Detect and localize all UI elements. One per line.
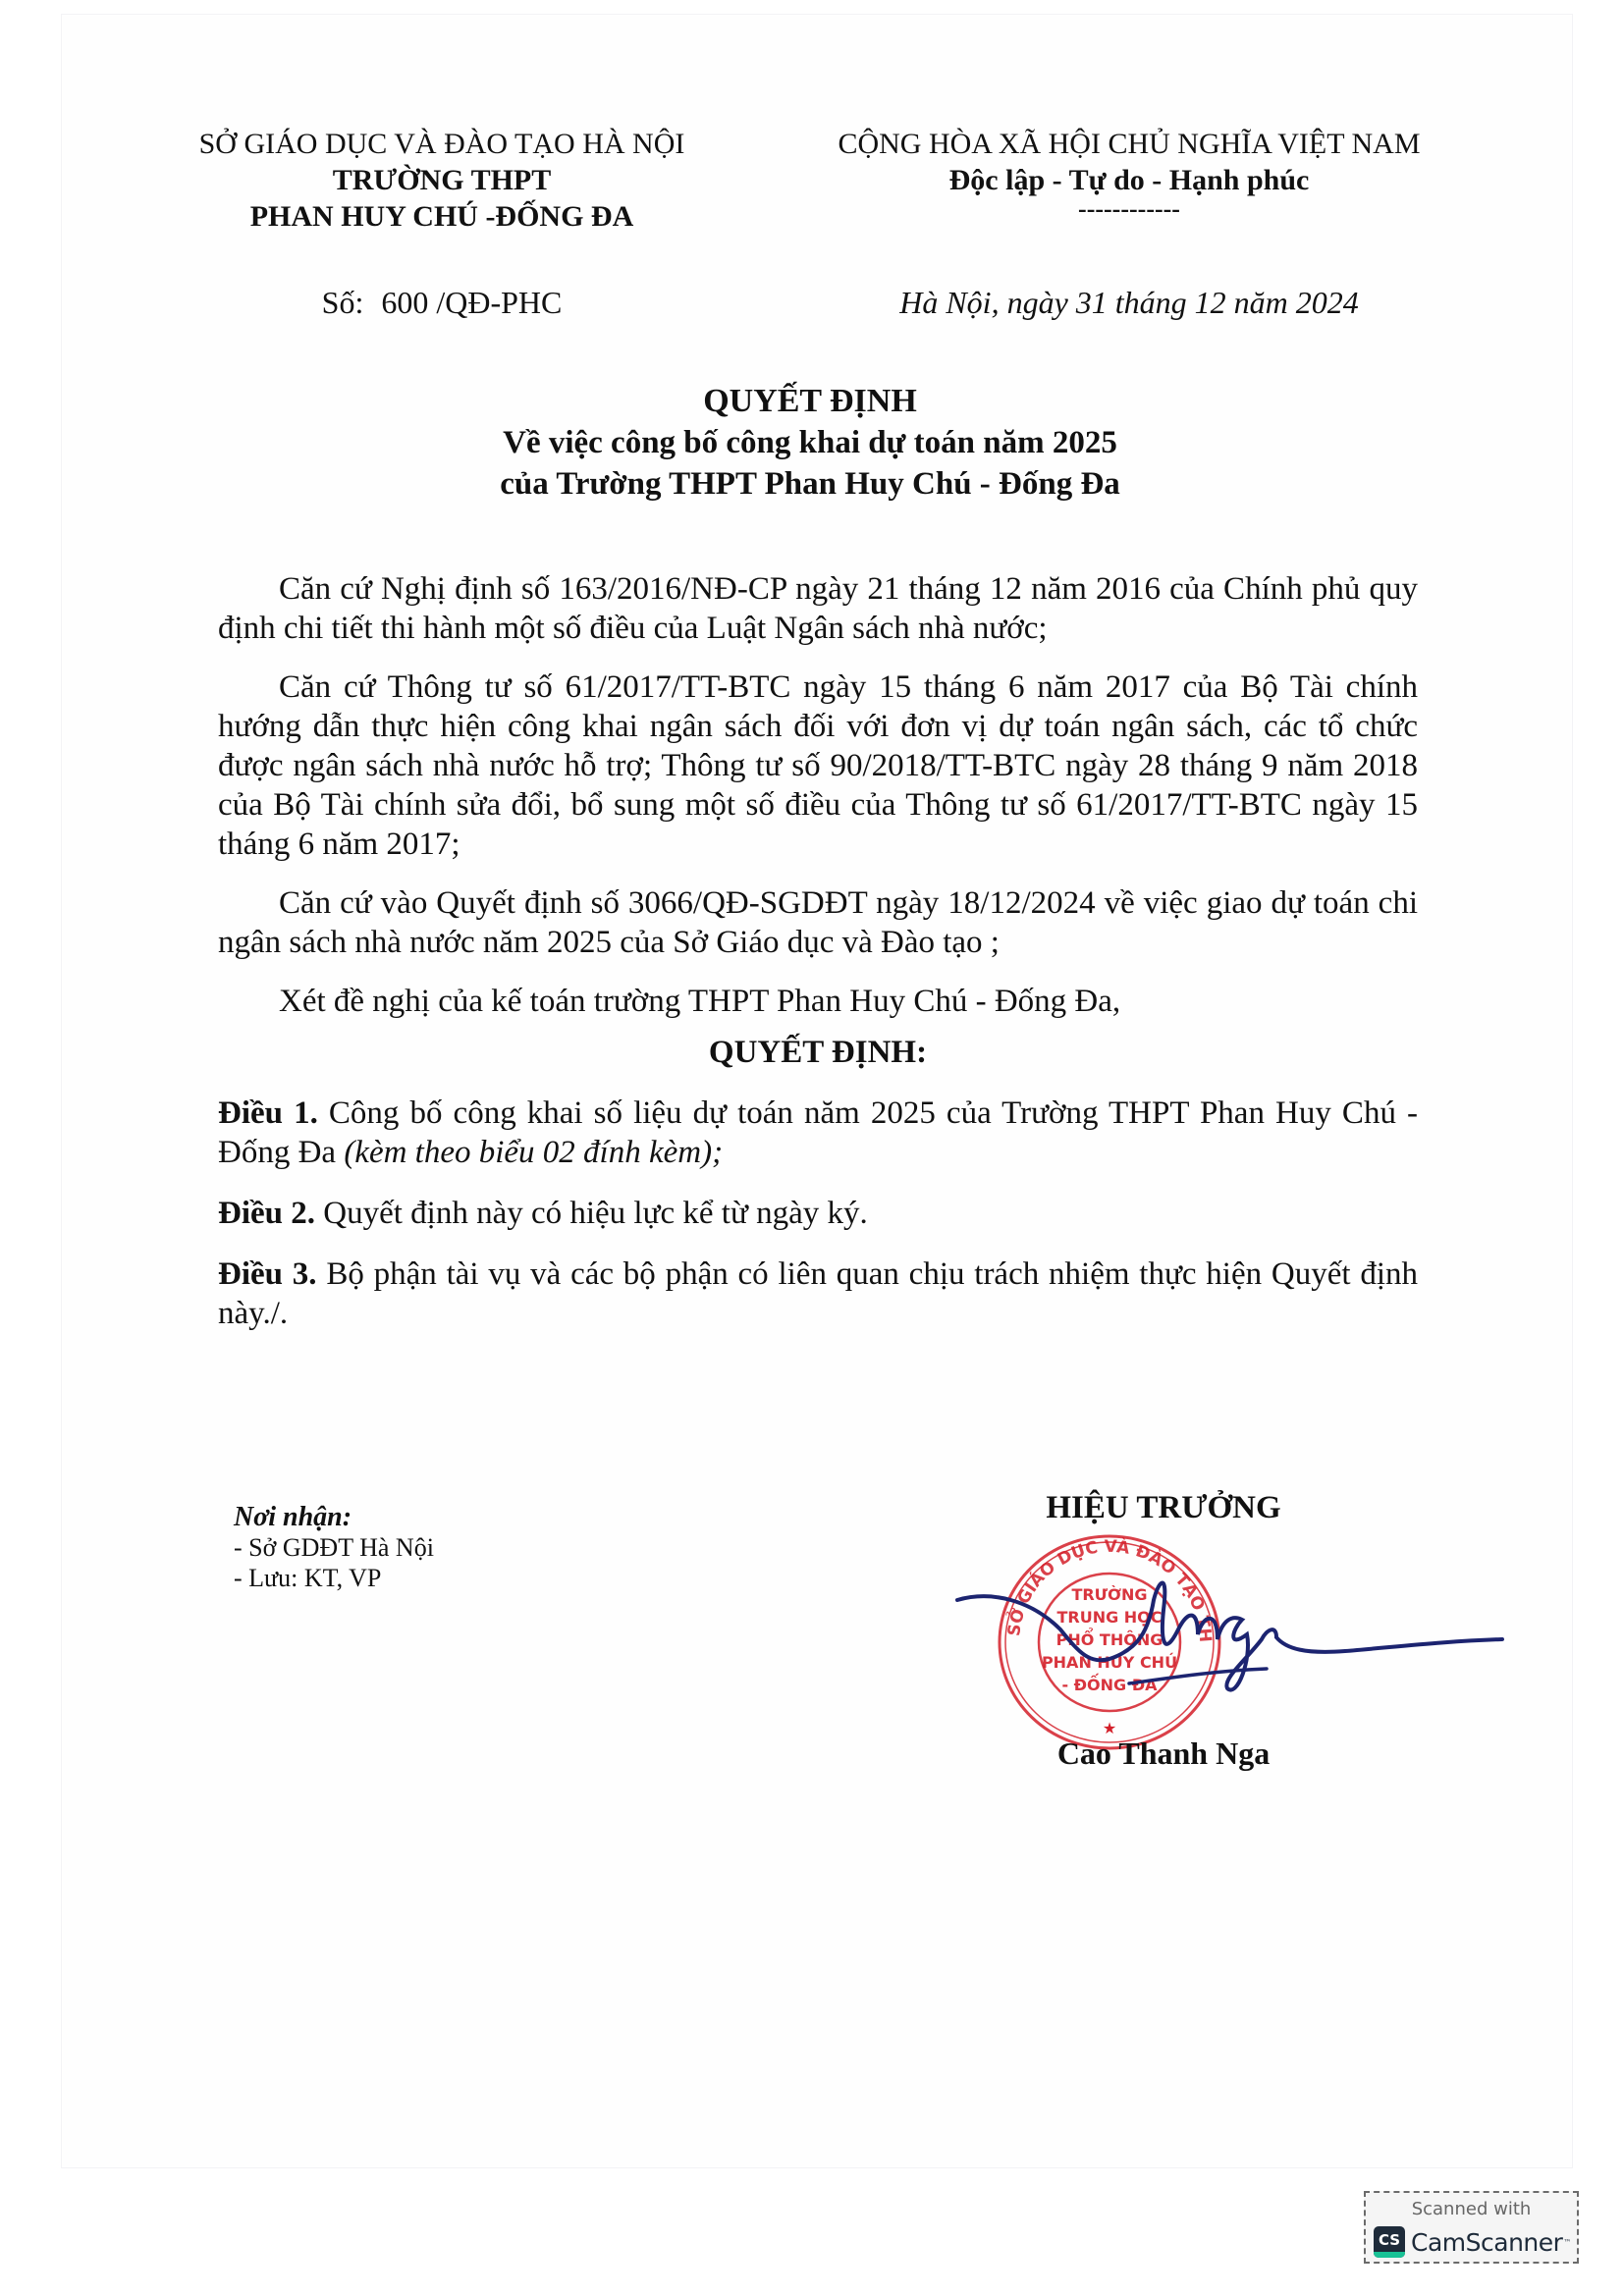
signer-name: Cao Thanh Nga [943,1735,1384,1772]
doc-number-label: Số: [322,285,364,320]
recipient-item: - Lưu: KT, VP [234,1563,626,1593]
article-note: (kèm theo biểu 02 đính kèm); [344,1135,723,1170]
article-2: Điều 2. Quyết định này có hiệu lực kể từ… [218,1194,1418,1233]
article-label: Điều 3. [218,1256,317,1292]
place-date: Hà Nội, ngày 31 tháng 12 năm 2024 [795,285,1463,321]
article-label: Điều 2. [218,1196,315,1231]
school-name-line1: TRƯỜNG THPT [147,162,736,198]
article-text: Quyết định này có hiệu lực kể từ ngày ký… [315,1196,868,1231]
document-title: QUYẾT ĐỊNH Về việc công bố công khai dự … [295,381,1325,505]
article-label: Điều 1. [218,1095,318,1131]
national-motto: Độc lập - Tự do - Hạnh phúc [795,162,1463,198]
preamble-paragraph: Xét đề nghị của kế toán trường THPT Phan… [218,982,1418,1021]
school-name-line2: PHAN HUY CHÚ -ĐỐNG ĐA [147,198,736,235]
watermark-caption: Scanned with [1366,2199,1577,2219]
motto-separator: ------------ [795,198,1463,220]
signer-title: HIỆU TRƯỞNG [943,1490,1384,1526]
article-1: Điều 1. Công bố công khai số liệu dự toá… [218,1094,1418,1172]
country-name: CỘNG HÒA XÃ HỘI CHỦ NGHĨA VIỆT NAM [795,126,1463,162]
title-main: QUYẾT ĐỊNH [295,381,1325,422]
handwritten-signature-icon [952,1561,1512,1708]
article-text: Bộ phận tài vụ và các bộ phận có liên qu… [218,1256,1418,1331]
title-subject-line1: Về việc công bố công khai dự toán năm 20… [295,422,1325,463]
agency-name: SỞ GIÁO DỤC VÀ ĐÀO TẠO HÀ NỘI [147,126,736,162]
decision-heading: QUYẾT ĐỊNH: [218,1033,1418,1072]
recipient-item: - Sở GDĐT Hà Nội [234,1532,626,1563]
document-number: Số:600 /QĐ-PHC [147,285,736,321]
national-title-block: CỘNG HÒA XÃ HỘI CHỦ NGHĨA VIỆT NAM Độc l… [795,126,1463,220]
camscanner-watermark: Scanned with CS CamScanner™ [1364,2191,1579,2264]
document-body: Căn cứ Nghị định số 163/2016/NĐ-CP ngày … [218,569,1418,1355]
title-subject-line2: của Trường THPT Phan Huy Chú - Đống Đa [295,463,1325,505]
doc-number-value: 600 /QĐ-PHC [381,285,562,320]
recipients-block: Nơi nhận: - Sở GDĐT Hà Nội - Lưu: KT, VP [234,1502,626,1593]
recipients-title: Nơi nhận: [234,1502,626,1532]
article-3: Điều 3. Bộ phận tài vụ và các bộ phận có… [218,1255,1418,1333]
preamble-paragraph: Căn cứ vào Quyết định số 3066/QĐ-SGDĐT n… [218,883,1418,962]
preamble-paragraph: Căn cứ Thông tư số 61/2017/TT-BTC ngày 1… [218,667,1418,864]
issuing-agency-block: SỞ GIÁO DỤC VÀ ĐÀO TẠO HÀ NỘI TRƯỜNG THP… [147,126,736,235]
camscanner-logo-icon: CS [1374,2226,1405,2258]
camscanner-brand: CamScanner [1411,2228,1562,2257]
preamble-paragraph: Căn cứ Nghị định số 163/2016/NĐ-CP ngày … [218,569,1418,648]
trademark-symbol: ™ [1563,2238,1571,2247]
